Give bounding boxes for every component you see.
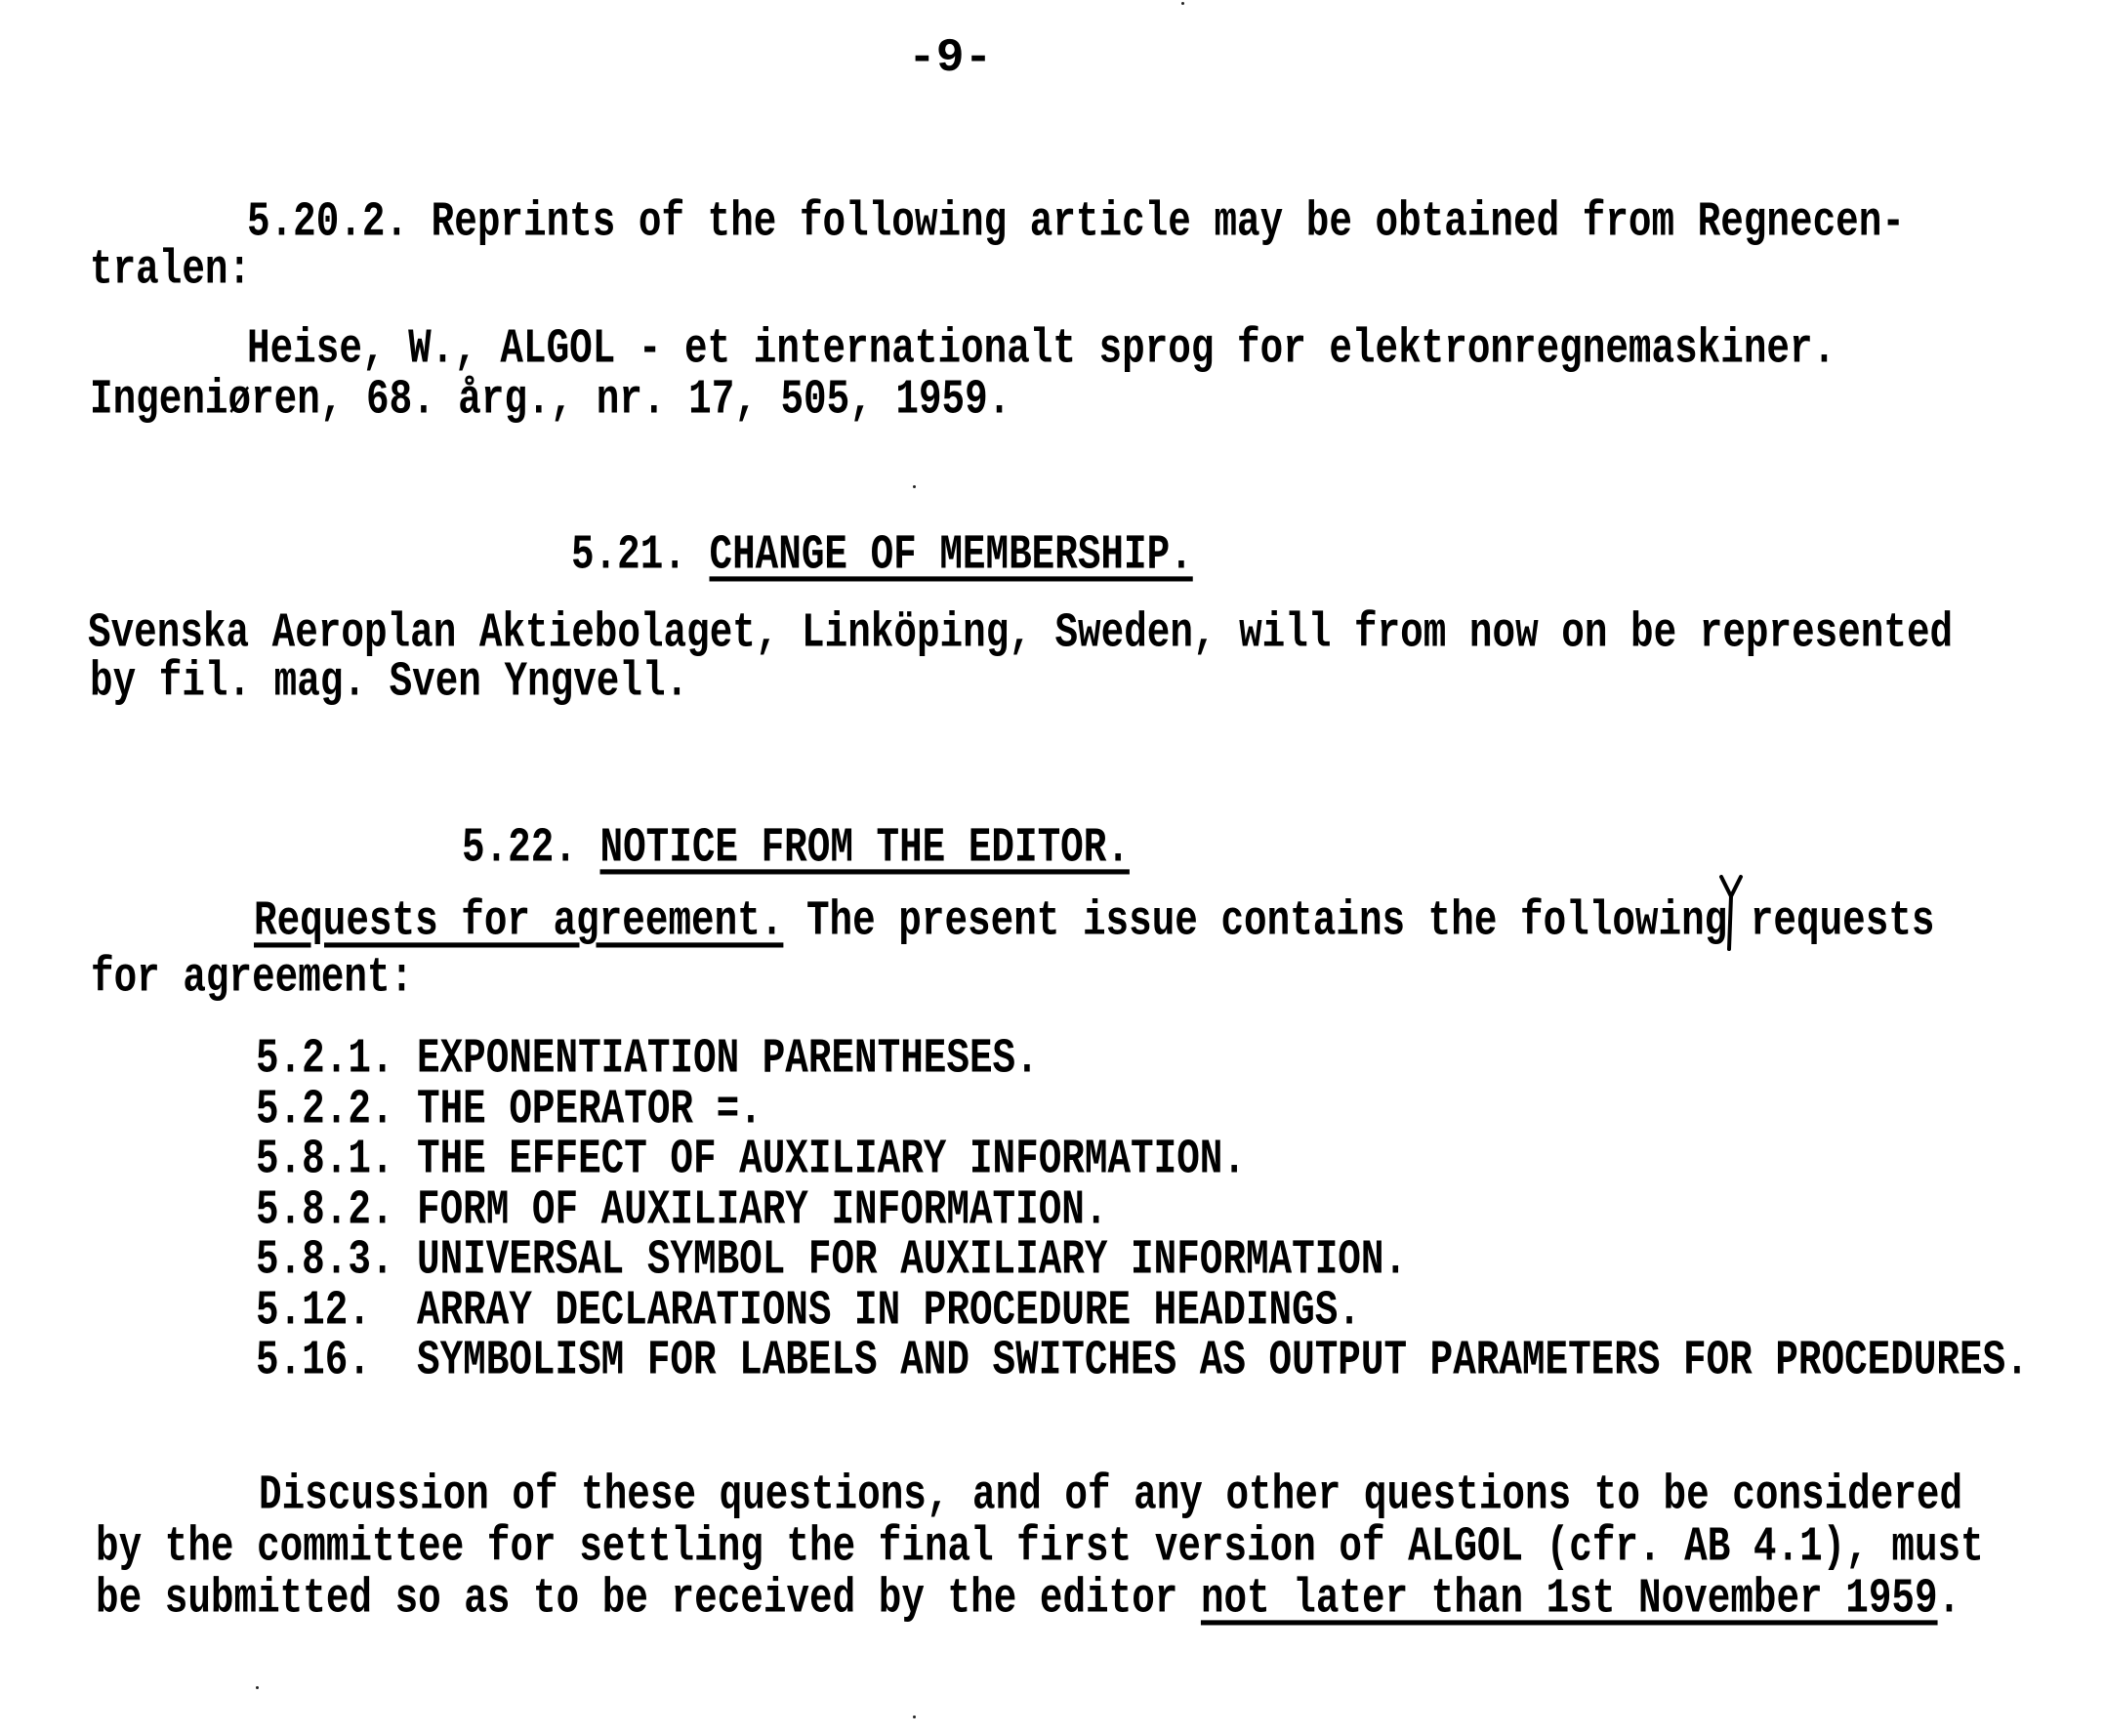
- scan-speck: [913, 485, 916, 488]
- request-item-title: FORM OF AUXILIARY INFORMATION.: [417, 1184, 1107, 1233]
- discussion-line-3-prefix: be submitted so as to be received by the…: [96, 1570, 1201, 1627]
- citation-line-2: Ingeniøren, 68. årg., nr. 17, 505, 1959.: [90, 375, 1011, 424]
- request-item-number: 5.8.1.: [256, 1135, 394, 1183]
- insertion-caret-mark: [1718, 875, 1744, 951]
- section-5-22-heading: 5.22. NOTICE FROM THE EDITOR.: [462, 823, 1130, 872]
- section-title: CHANGE OF MEMBERSHIP.: [710, 526, 1193, 583]
- section-title: NOTICE FROM THE EDITOR.: [600, 819, 1130, 876]
- submission-deadline: not later than 1st November 1959: [1201, 1570, 1938, 1627]
- request-item-number: 5.8.2.: [256, 1184, 394, 1233]
- citation-line-1: Heise, W., ALGOL - et internationalt spr…: [247, 324, 1836, 373]
- requests-label: Requests for agreement.: [254, 892, 783, 949]
- scan-speck: [1181, 2, 1184, 5]
- section-number: 5.22.: [462, 819, 577, 876]
- document-page: -9- 5.20.2. Reprints of the following ar…: [0, 0, 2104, 1736]
- reprints-line-1: 5.20.2. Reprints of the following articl…: [247, 197, 1905, 246]
- request-item-number: 5.2.1.: [256, 1034, 394, 1083]
- requests-text: The present issue contains the following…: [783, 892, 1934, 949]
- discussion-line-3-suffix: .: [1938, 1570, 1961, 1627]
- membership-line-1: Svenska Aeroplan Aktiebolaget, Linköping…: [88, 608, 1953, 657]
- request-item-title: THE EFFECT OF AUXILIARY INFORMATION.: [417, 1135, 1246, 1183]
- request-item-title: ARRAY DECLARATIONS IN PROCEDURE HEADINGS…: [417, 1285, 1361, 1334]
- request-item-number: 5.12.: [256, 1285, 371, 1334]
- requests-line-2: for agreement:: [91, 953, 413, 1002]
- membership-line-2: by fil. mag. Sven Yngvell.: [90, 657, 688, 706]
- scan-speck: [256, 1686, 259, 1689]
- request-item-number: 5.2.2.: [256, 1084, 394, 1133]
- request-item-number: 5.8.3.: [256, 1235, 394, 1284]
- scan-speck: [913, 1715, 916, 1718]
- page-number: -9-: [908, 35, 992, 82]
- request-item-title: UNIVERSAL SYMBOL FOR AUXILIARY INFORMATI…: [417, 1235, 1407, 1284]
- section-number: 5.21.: [571, 526, 686, 583]
- request-item-number: 5.16.: [256, 1336, 371, 1385]
- discussion-line-2: by the committee for settling the final …: [96, 1522, 1984, 1571]
- discussion-line-1: Discussion of these questions, and of an…: [259, 1470, 1962, 1519]
- discussion-line-3: be submitted so as to be received by the…: [96, 1574, 1960, 1623]
- request-item-title: EXPONENTIATION PARENTHESES.: [417, 1034, 1039, 1083]
- reprints-line-2: tralen:: [90, 245, 251, 294]
- request-item-title: SYMBOLISM FOR LABELS AND SWITCHES AS OUT…: [417, 1336, 2029, 1385]
- section-5-21-heading: 5.21. CHANGE OF MEMBERSHIP.: [571, 530, 1193, 579]
- requests-line-1: Requests for agreement. The present issu…: [254, 896, 1935, 945]
- request-item-title: THE OPERATOR =.: [417, 1084, 763, 1133]
